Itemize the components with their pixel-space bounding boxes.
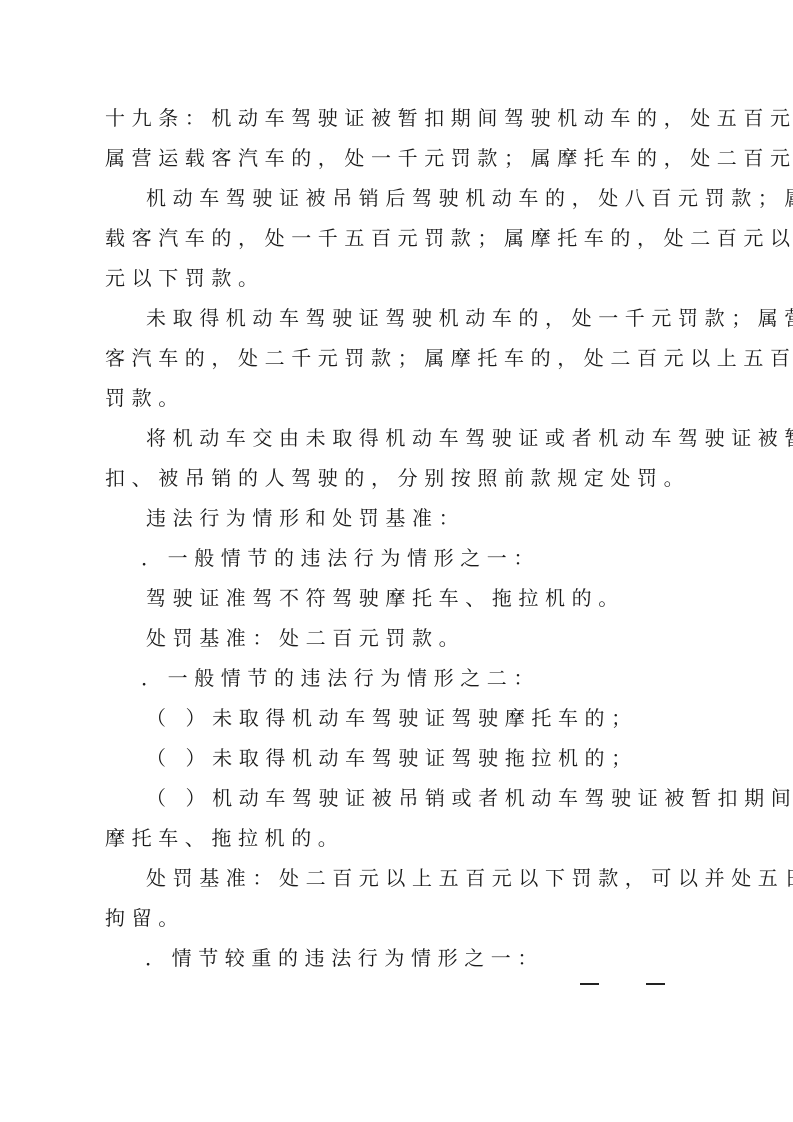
document-body: 十九条：机动车驾驶证被暂扣期间驾驶机动车的，处五百元罚款； 属营运载客汽车的，处…	[105, 98, 693, 978]
paragraph-line: 元以下罚款。	[105, 258, 693, 298]
paragraph-line: 将机动车交由未取得机动车驾驶证或者机动车驾驶证被暂	[105, 418, 693, 458]
page-marker-dash-right	[646, 983, 665, 985]
paragraph-line: 拘留。	[105, 898, 693, 938]
paragraph-line: 十九条：机动车驾驶证被暂扣期间驾驶机动车的，处五百元罚款；	[105, 98, 693, 138]
penalty-standard: 处罚基准：处二百元以上五百元以下罚款，可以并处五日以下	[105, 858, 693, 898]
paragraph-line: 客汽车的，处二千元罚款；属摩托车的，处二百元以上五百元以下	[105, 338, 693, 378]
section-heading: 违法行为情形和处罚基准：	[105, 498, 693, 538]
list-item: （ ）未取得机动车驾驶证驾驶拖拉机的；	[105, 738, 693, 778]
subsection-heading: ．一般情节的违法行为情形之二：	[105, 658, 693, 698]
paragraph-line: 属营运载客汽车的，处一千元罚款；属摩托车的，处二百元罚款。	[105, 138, 693, 178]
paragraph-line: 扣、被吊销的人驾驶的，分别按照前款规定处罚。	[105, 458, 693, 498]
penalty-standard: 处罚基准：处二百元罚款。	[105, 618, 693, 658]
paragraph-line: 驾驶证准驾不符驾驶摩托车、拖拉机的。	[105, 578, 693, 618]
page-marker-dash-left	[580, 983, 599, 985]
paragraph-line: 机动车驾驶证被吊销后驾驶机动车的，处八百元罚款；属营运	[105, 178, 693, 218]
list-item: （ ）未取得机动车驾驶证驾驶摩托车的；	[105, 698, 693, 738]
paragraph-line: 罚款。	[105, 378, 693, 418]
page-number-marker	[580, 983, 670, 987]
paragraph-line: 未取得机动车驾驶证驾驶机动车的，处一千元罚款；属营运载	[105, 298, 693, 338]
subsection-heading: ．情节较重的违法行为情形之一：	[105, 938, 693, 978]
paragraph-line: 载客汽车的，处一千五百元罚款；属摩托车的，处二百元以上四百	[105, 218, 693, 258]
list-item-continuation: 摩托车、拖拉机的。	[105, 818, 693, 858]
subsection-heading: ．一般情节的违法行为情形之一：	[105, 538, 693, 578]
list-item: （ ）机动车驾驶证被吊销或者机动车驾驶证被暂扣期间驾驶	[105, 778, 693, 818]
